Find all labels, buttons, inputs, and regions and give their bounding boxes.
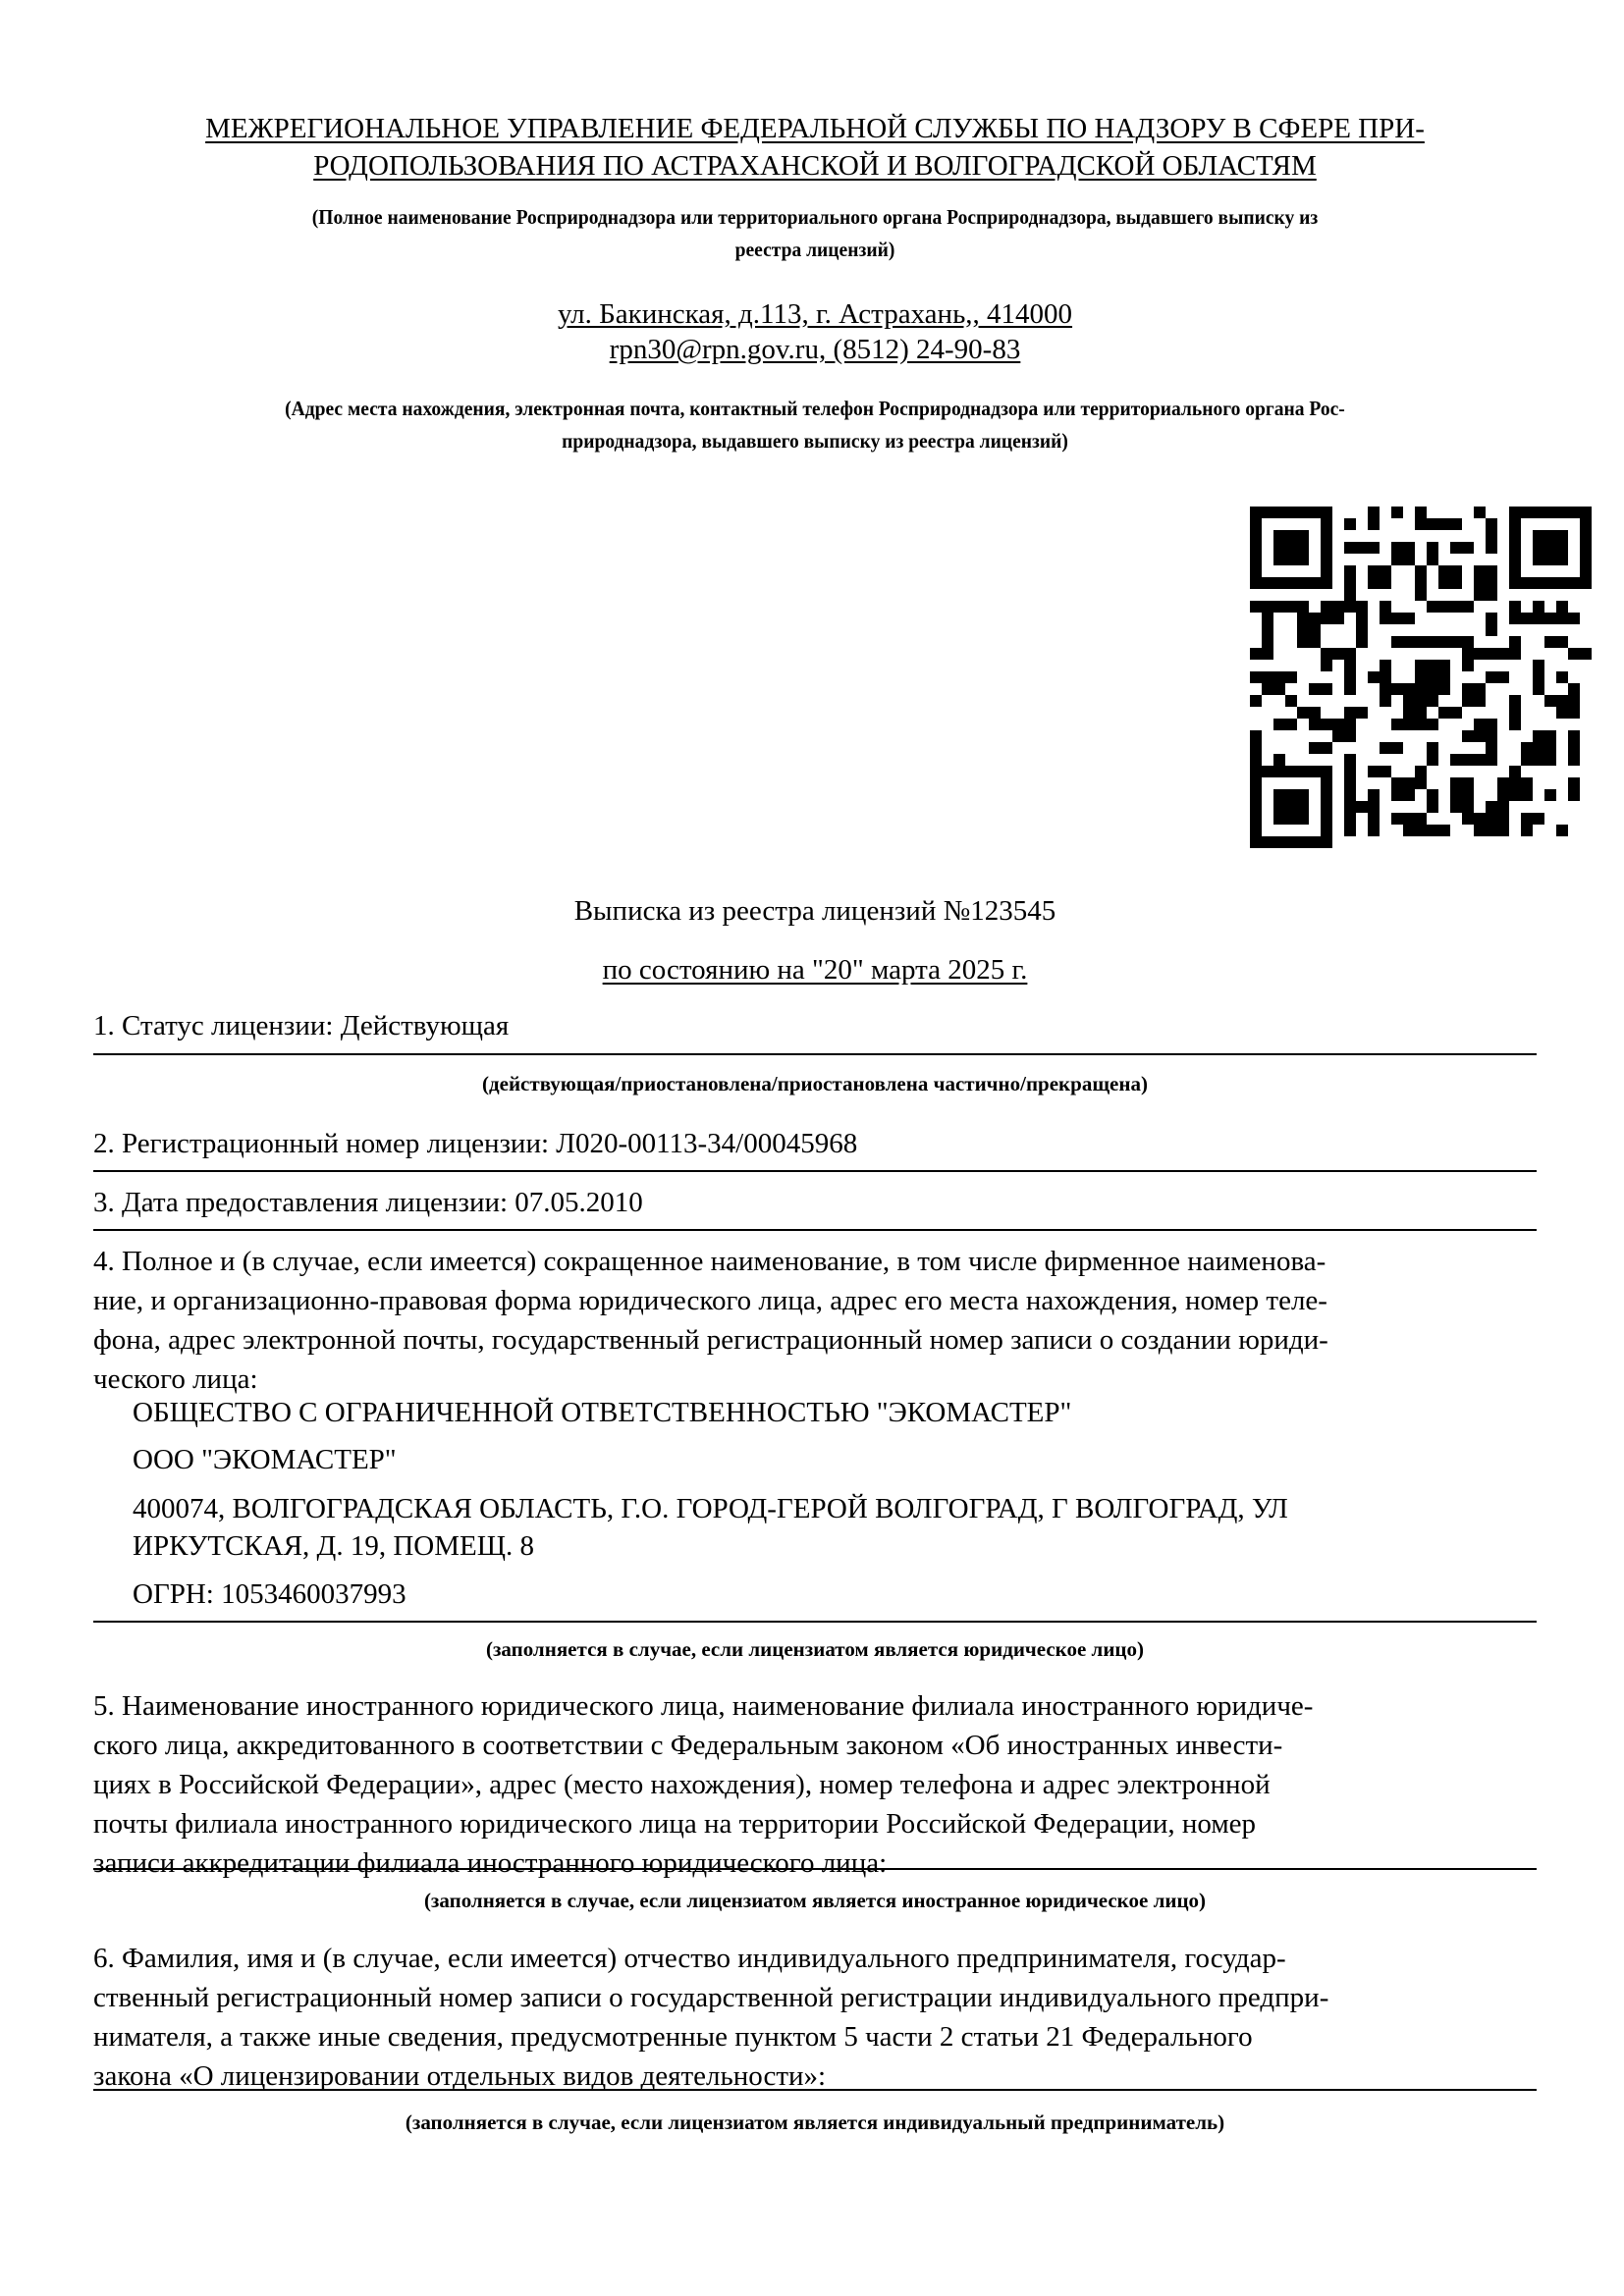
section-4-caption: (заполняется в случае, если лицензиатом … — [93, 1637, 1537, 1662]
divider — [93, 1868, 1537, 1870]
divider — [93, 1170, 1537, 1172]
company-short-name: ООО "ЭКОМАСТЕР" — [133, 1441, 1537, 1478]
company-full-name: ОБЩЕСТВО С ОГРАНИЧЕННОЙ ОТВЕТСТВЕННОСТЬЮ… — [133, 1394, 1537, 1431]
org-name-line-2: РОДОПОЛЬЗОВАНИЯ ПО АСТРАХАНСКОЙ И ВОЛГОГ… — [93, 147, 1537, 185]
contact-line: rpn30@rpn.gov.ru, (8512) 24-90-83 — [610, 334, 1021, 365]
divider — [93, 2089, 1537, 2091]
status-caption: (действующая/приостановлена/приостановле… — [93, 1072, 1537, 1096]
registration-number: 2. Регистрационный номер лицензии: Л020-… — [93, 1124, 1537, 1163]
issuing-authority-name: МЕЖРЕГИОНАЛЬНОЕ УПРАВЛЕНИЕ ФЕДЕРАЛЬНОЙ С… — [93, 110, 1537, 185]
company-legal-address: 400074, ВОЛГОГРАДСКАЯ ОБЛАСТЬ, Г.О. ГОРО… — [133, 1490, 1537, 1565]
section-4-heading: 4. Полное и (в случае, если имеется) сок… — [93, 1242, 1537, 1399]
license-status: 1. Статус лицензии: Действующая — [93, 1006, 1537, 1045]
as-of-date: по состоянию на "20" марта 2025 г. — [93, 954, 1537, 987]
address-line: ул. Бакинская, д.113, г. Астрахань,, 414… — [558, 298, 1072, 330]
section-6-caption: (заполняется в случае, если лицензиатом … — [93, 2110, 1537, 2135]
company-ogrn: ОГРН: 1053460037993 — [133, 1575, 1537, 1613]
address-caption: (Адрес места нахождения, электронная поч… — [143, 393, 1486, 457]
section-5-caption: (заполняется в случае, если лицензиатом … — [93, 1889, 1537, 1913]
org-name-line-1: МЕЖРЕГИОНАЛЬНОЕ УПРАВЛЕНИЕ ФЕДЕРАЛЬНОЙ С… — [93, 110, 1537, 147]
org-name-caption: (Полное наименование Росприроднадзора ил… — [143, 201, 1486, 266]
section-6-heading: 6. Фамилия, имя и (в случае, если имеетс… — [93, 1939, 1537, 2096]
issue-date: 3. Дата предоставления лицензии: 07.05.2… — [93, 1183, 1537, 1222]
qr-code-icon — [1250, 507, 1592, 848]
divider — [93, 1053, 1537, 1055]
document-title: Выписка из реестра лицензий №123545 — [93, 895, 1537, 928]
section-5-heading: 5. Наименование иностранного юридическог… — [93, 1686, 1537, 1883]
authority-address: ул. Бакинская, д.113, г. Астрахань,, 414… — [93, 296, 1537, 367]
divider — [93, 1621, 1537, 1623]
divider — [93, 1229, 1537, 1231]
